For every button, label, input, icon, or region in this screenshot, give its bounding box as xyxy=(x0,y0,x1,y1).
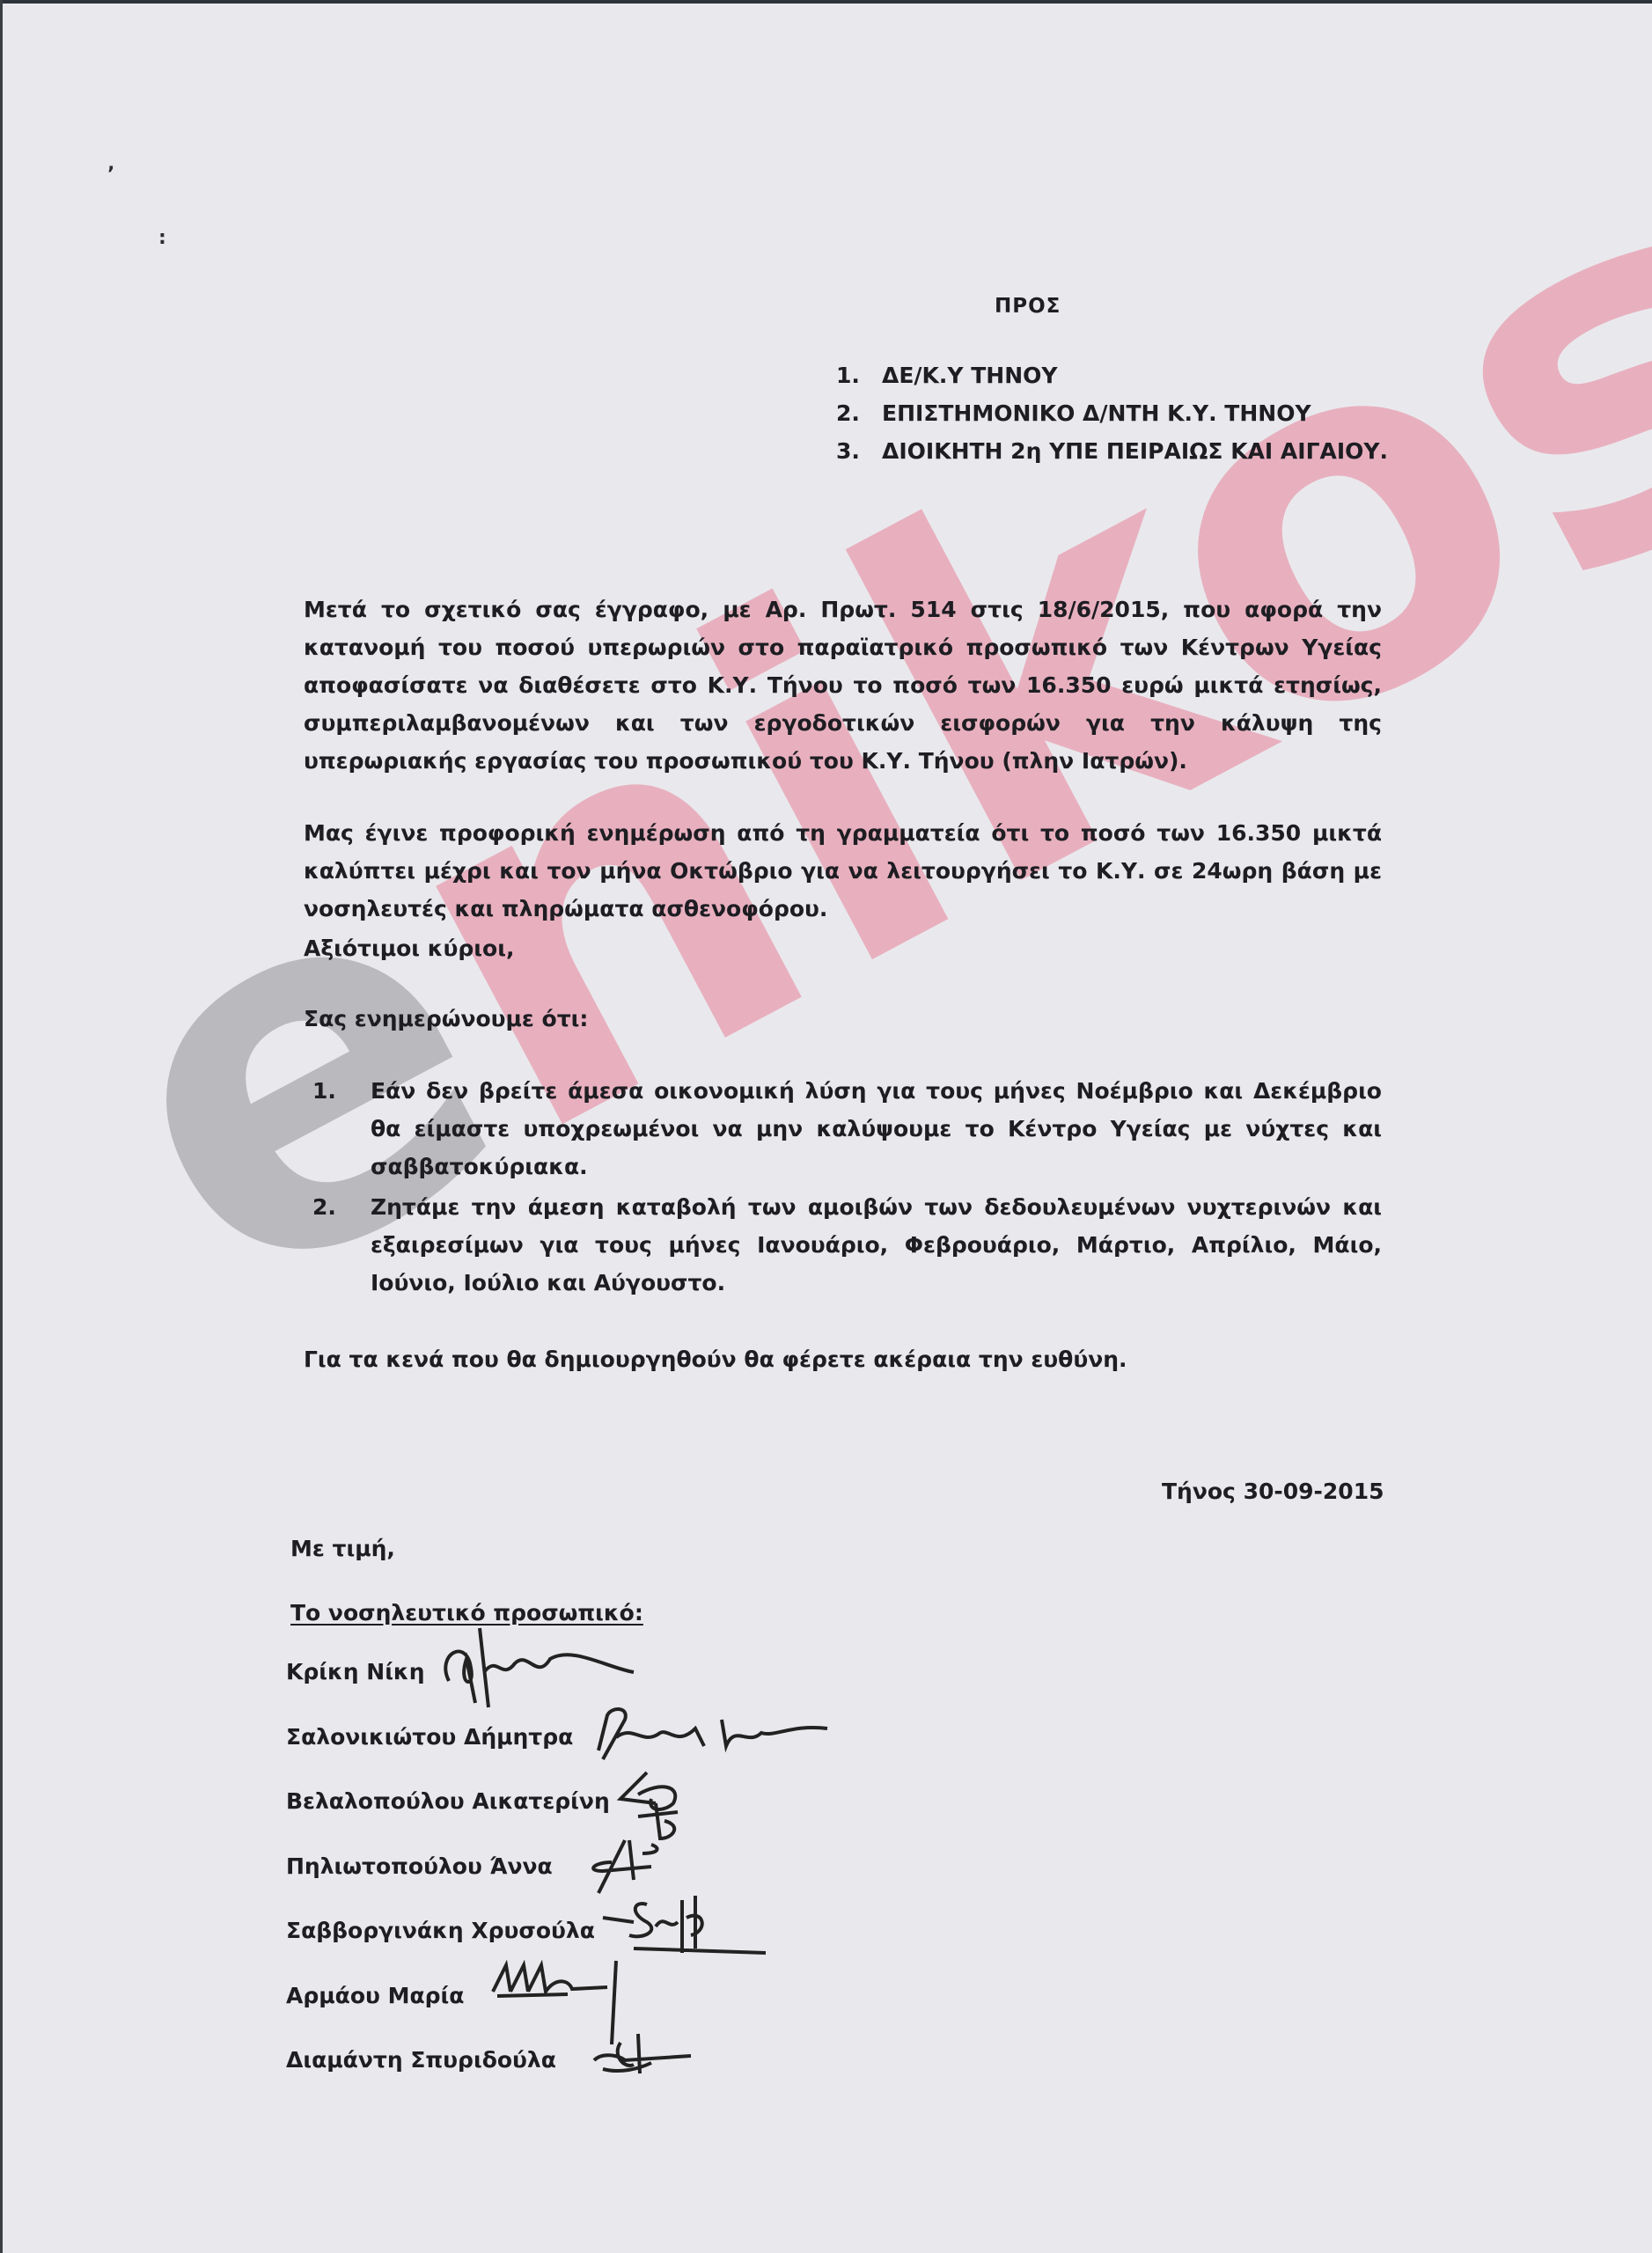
letter-document: ΠΡΟΣ 1.ΔΕ/Κ.Υ ΤΗΝΟΥ 2.ΕΠΙΣΤΗΜΟΝΙΚΟ Δ/ΝΤΗ… xyxy=(0,0,1652,2253)
place-date: Τήνος 30-09-2015 xyxy=(1162,1479,1384,1504)
signatory: Σαλονικιώτου Δήμητρα xyxy=(286,1724,610,1789)
signatory: Κρίκη Νίκη xyxy=(286,1659,610,1724)
recipient-item: 1.ΔΕ/Κ.Υ ΤΗΝΟΥ xyxy=(836,356,1388,394)
recipients-list: 1.ΔΕ/Κ.Υ ΤΗΝΟΥ 2.ΕΠΙΣΤΗΜΟΝΙΚΟ Δ/ΝΤΗ Κ.Υ.… xyxy=(836,356,1388,470)
signatory: Πηλιωτοπούλου Άννα xyxy=(286,1853,610,1919)
paragraph-allocation: Μετά το σχετικό σας έγγραφο, με Αρ. Πρωτ… xyxy=(304,591,1382,780)
signatory: Βελαλοπούλου Αικατερίνη xyxy=(286,1788,610,1853)
recipient-item: 2.ΕΠΙΣΤΗΜΟΝΙΚΟ Δ/ΝΤΗ Κ.Υ. ΤΗΝΟΥ xyxy=(836,394,1388,432)
signatory: Αρμάου Μαρία xyxy=(286,1983,610,2048)
signatory: Διαμάντη Σπυριδούλα xyxy=(286,2047,610,2112)
recipient-item: 3.ΔΙΟΙΚΗΤΗ 2η ΥΠΕ ΠΕΙΡΑΙΩΣ ΚΑΙ ΑΙΓΑΙΟΥ. xyxy=(836,432,1388,470)
signatories-list: Κρίκη Νίκη Σαλονικιώτου Δήμητρα Βελαλοπο… xyxy=(286,1659,610,2112)
demand-item: 2.Ζητάμε την άμεση καταβολή των αμοιβών … xyxy=(312,1188,1382,1302)
inform-line: Σας ενημερώνουμε ότι: xyxy=(304,1006,588,1031)
salutation: Αξιότιμοι κύριοι, xyxy=(304,936,514,961)
demands-list: 1.Εάν δεν βρείτε άμεσα οικονομική λύση γ… xyxy=(312,1072,1382,1304)
signature-icon xyxy=(581,1698,845,1768)
signature-icon xyxy=(585,2029,700,2091)
recipients-title: ΠΡΟΣ xyxy=(995,295,1061,318)
demand-item: 1.Εάν δεν βρείτε άμεσα οικονομική λύση γ… xyxy=(312,1072,1382,1185)
regards: Με τιμή, xyxy=(290,1536,395,1561)
closing-statement: Για τα κενά που θα δημιουργηθούν θα φέρε… xyxy=(304,1347,1127,1372)
paragraph-oral-notice: Μας έγινε προφορική ενημέρωση από τη γρα… xyxy=(304,814,1382,928)
